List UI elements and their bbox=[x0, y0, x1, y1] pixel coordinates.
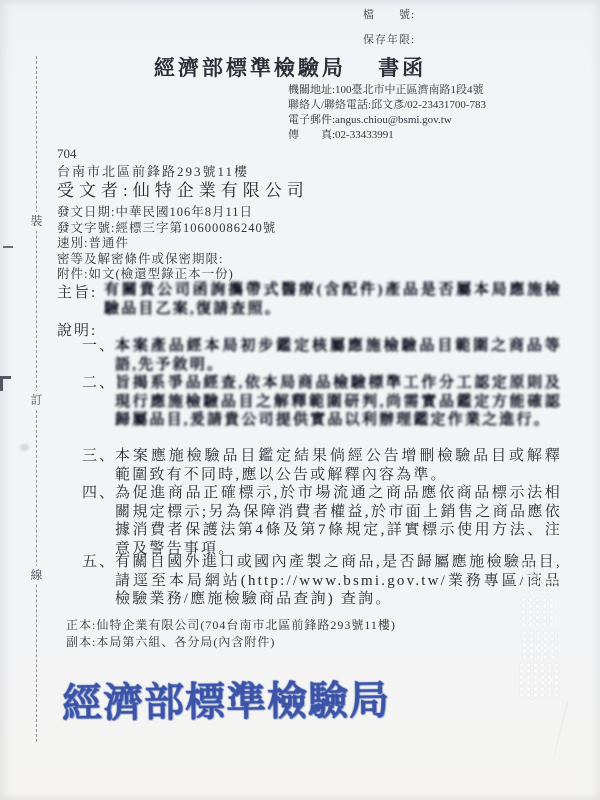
agency-contact-block: 機關地址:100臺北市中正區濟南路1段4號 聯絡人/聯絡電話:邱文彥/02-23… bbox=[288, 83, 486, 143]
scan-artifact bbox=[553, 701, 568, 759]
item-text-blurred: 本案產品經本局初步鑑定核屬應施檢驗品目範圍之商品等語,先予敘明。 bbox=[115, 337, 562, 374]
item-number: 三、 bbox=[82, 447, 115, 466]
agency-contact-person: 聯絡人/聯絡電話:邱文彥/02-23431700-783 bbox=[288, 98, 486, 113]
explanation-item-1: 一、 本案產品經本局初步鑑定核屬應施檢驗品目範圍之商品等語,先予敘明。 bbox=[82, 337, 562, 374]
item-text: 本案應施檢驗品目鑑定結果倘經公告增刪檢驗品目或解釋範圍致有不同時,應以公告或解釋… bbox=[115, 447, 562, 484]
subject-text-blurred: 有關貴公司函詢攜帶式醫療(含配件)產品是否屬本局應施檢驗品目乙案,復請查照。 bbox=[104, 281, 562, 318]
item-text-blurred: 旨揭系爭品經查,依本局商品檢驗標準工作分工認定原則及現行應施檢驗品目之解釋範圍研… bbox=[115, 374, 562, 430]
agency-stamp: 經濟部標準檢驗局 bbox=[62, 668, 408, 729]
scanned-letter-page: 裝 訂 線 檔 號: 保存年限: 經濟部標準檢驗局 書函 機關地址:100臺北市… bbox=[0, 0, 600, 800]
scan-artifact bbox=[0, 376, 11, 391]
explanation-item-5: 五、 有關自國外進口或國內產製之商品,是否歸屬應施檢驗品目,請逕至本局網站(ht… bbox=[82, 553, 562, 609]
item-number: 一、 bbox=[82, 337, 115, 356]
document-title: 經濟部標準檢驗局 書函 bbox=[0, 52, 580, 82]
embossed-dot-digits bbox=[521, 561, 559, 591]
agency-address: 機關地址:100臺北市中正區濟南路1段4號 bbox=[288, 83, 486, 98]
retention-period-label: 保存年限: bbox=[363, 31, 415, 47]
recipient-postal-code: 704 bbox=[57, 146, 77, 162]
file-number-label: 檔 號: bbox=[363, 6, 415, 22]
item-text: 為促進商品正確標示,於市場流通之商品應依商品標示法相關規定標示;另為保障消費者權… bbox=[115, 484, 562, 558]
explanation-item-4: 四、 為促進商品正確標示,於市場流通之商品應依商品標示法相關規定標示;另為保障消… bbox=[82, 484, 562, 558]
agency-email: 電子郵件:angus.chiou@bsmi.gov.tw bbox=[288, 113, 486, 128]
subject-row: 主旨: 有關貴公司函詢攜帶式醫療(含配件)產品是否屬本局應施檢驗品目乙案,復請查… bbox=[57, 281, 562, 318]
issue-date: 發文日期:中華民國106年8月11日 bbox=[57, 205, 276, 221]
speed-class: 速別:普通件 bbox=[57, 236, 276, 252]
recipient-name: 受文者:仙特企業有限公司 bbox=[57, 176, 309, 201]
item-number: 二、 bbox=[82, 374, 115, 393]
doc-number: 發文字號:經標三字第10600086240號 bbox=[57, 221, 276, 237]
scan-artifact bbox=[20, 444, 29, 451]
agency-fax: 傳 真:02-33433991 bbox=[288, 128, 486, 143]
binding-mark-xian: 線 bbox=[28, 566, 45, 584]
subject-label: 主旨: bbox=[57, 281, 104, 302]
explanation-item-3: 三、 本案應施檢驗品目鑑定結果倘經公告增刪檢驗品目或解釋範圍致有不同時,應以公告… bbox=[82, 447, 562, 484]
embossed-dot-digits bbox=[521, 630, 559, 658]
item-number: 五、 bbox=[82, 553, 115, 572]
copies-block: 正本:仙特企業有限公司(704台南市北區前鋒路293號11樓) 副本:本局第六組… bbox=[66, 617, 396, 650]
item-text: 有關自國外進口或國內產製之商品,是否歸屬應施檢驗品目,請逕至本局網站(http:… bbox=[115, 553, 562, 609]
explanation-item-2: 二、 旨揭系爭品經查,依本局商品檢驗標準工作分工認定原則及現行應施檢驗品目之解釋… bbox=[82, 374, 562, 430]
binding-mark-zhuang: 裝 bbox=[28, 212, 45, 230]
copy-recipient: 副本:本局第六組、各分局(內含附件) bbox=[66, 634, 396, 651]
binding-mark-ding: 訂 bbox=[28, 391, 45, 409]
item-number: 四、 bbox=[82, 484, 115, 503]
document-meta-block: 發文日期:中華民國106年8月11日 發文字號:經標三字第10600086240… bbox=[57, 205, 276, 283]
scan-artifact bbox=[3, 246, 13, 248]
security-class: 密等及解密條件或保密期限: bbox=[57, 252, 276, 268]
original-recipient: 正本:仙特企業有限公司(704台南市北區前鋒路293號11樓) bbox=[66, 617, 396, 634]
embossed-dot-digits bbox=[520, 597, 556, 625]
embossed-dot-digits bbox=[518, 662, 560, 700]
